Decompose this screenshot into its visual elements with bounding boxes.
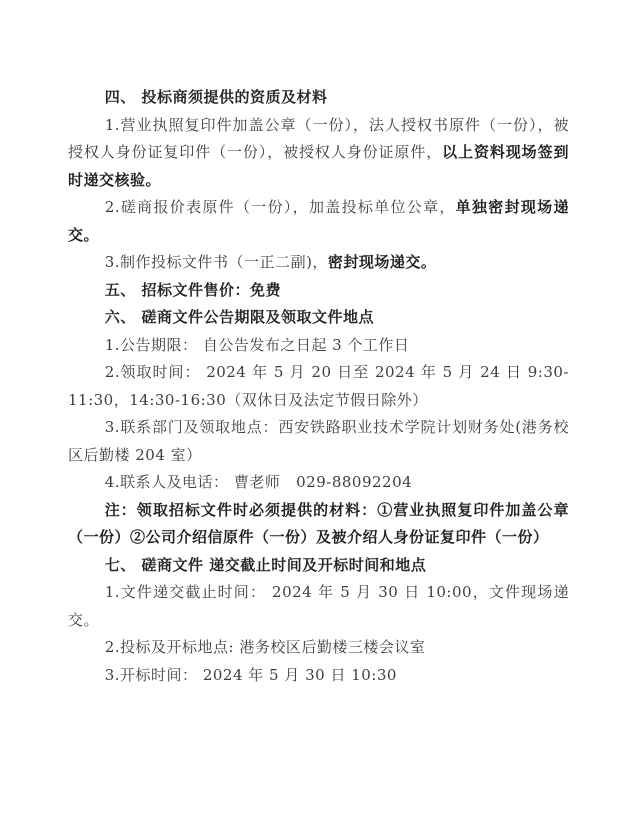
paragraph-bid-opening-time: 3.开标时间： 2024 年 5 月 30 日 10:30	[68, 662, 569, 690]
text-run: 1.公告期限： 自公告发布之日起 3 个工作日	[105, 336, 410, 354]
section-heading-5: 五、 招标文件售价：免费	[68, 277, 569, 305]
document-text-block: 四、 投标商须提供的资质及材料 1.营业执照复印件加盖公章（一份），法人授权书原…	[68, 84, 569, 689]
section-heading-6: 六、 磋商文件公告期限及领取文件地点	[68, 304, 569, 332]
section-heading-4: 四、 投标商须提供的资质及材料	[68, 84, 569, 112]
paragraph-submission-deadline: 1.文件递交截止时间： 2024 年 5 月 30 日 10:00，文件现场递交…	[68, 579, 569, 634]
paragraph-collection-time: 2.领取时间： 2024 年 5 月 20 日至 2024 年 5 月 24 日…	[68, 359, 569, 414]
paragraph-bid-document: 3.制作投标文件书（一正二副)，密封现场递交。	[68, 249, 569, 277]
paragraph-note-required-materials: 注：领取招标文件时必须提供的材料：①营业执照复印件加盖公章（一份）②公司介绍信原…	[68, 497, 569, 552]
text-run: 4.联系人及电话： 曹老师 029-88092204	[105, 473, 412, 491]
text-run: 3.制作投标文件书（一正二副)，	[105, 253, 328, 271]
text-run: 3.开标时间： 2024 年 5 月 30 日 10:30	[105, 666, 397, 684]
bold-text-run: 注：领取招标文件时必须提供的材料：①营业执照复印件加盖公章（一份）②公司介绍信原…	[68, 501, 569, 547]
heading-text: 七、 磋商文件 递交截止时间及开标时间和地点	[105, 556, 426, 574]
text-run: 2.投标及开标地点: 港务校区后勤楼三楼会议室	[105, 638, 426, 656]
section-heading-7: 七、 磋商文件 递交截止时间及开标时间和地点	[68, 552, 569, 580]
paragraph-contact-person: 4.联系人及电话： 曹老师 029-88092204	[68, 469, 569, 497]
paragraph-quotation-form: 2.磋商报价表原件（一份），加盖投标单位公章，单独密封现场递交。	[68, 194, 569, 249]
text-run: 3.联系部门及领取地点：西安铁路职业技术学院计划财务处(港务校区后勤楼 204 …	[68, 418, 569, 464]
bold-text-run: 密封现场递交。	[328, 253, 437, 271]
heading-text: 六、 磋商文件公告期限及领取文件地点	[105, 308, 374, 326]
document-canvas: 四、 投标商须提供的资质及材料 1.营业执照复印件加盖公章（一份），法人授权书原…	[0, 0, 632, 828]
paragraph-contact-department: 3.联系部门及领取地点：西安铁路职业技术学院计划财务处(港务校区后勤楼 204 …	[68, 414, 569, 469]
paragraph-bid-opening-location: 2.投标及开标地点: 港务校区后勤楼三楼会议室	[68, 634, 569, 662]
text-run: 2.磋商报价表原件（一份），加盖投标单位公章，	[105, 198, 456, 216]
text-run: 1.文件递交截止时间： 2024 年 5 月 30 日 10:00，文件现场递交…	[68, 583, 569, 629]
heading-text: 四、 投标商须提供的资质及材料	[105, 88, 328, 106]
heading-text: 五、 招标文件售价：免费	[105, 281, 281, 299]
text-run: 2.领取时间： 2024 年 5 月 20 日至 2024 年 5 月 24 日…	[68, 363, 569, 409]
paragraph-announcement-period: 1.公告期限： 自公告发布之日起 3 个工作日	[68, 332, 569, 360]
paragraph-business-license: 1.营业执照复印件加盖公章（一份），法人授权书原件（一份），被授权人身份证复印件…	[68, 112, 569, 195]
